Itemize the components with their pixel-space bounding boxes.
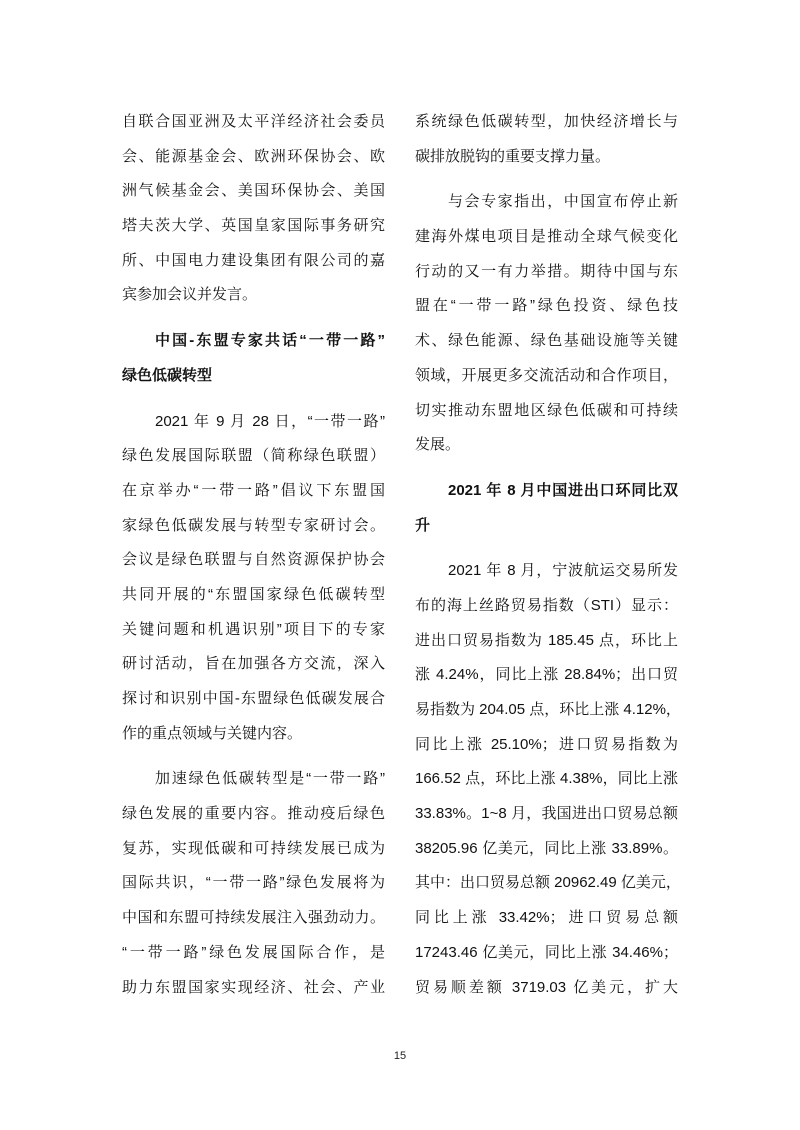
text-line: 易指数为 204.05 点，环比上涨 4.12%， (415, 693, 678, 728)
text-line: 建海外煤电项目是推动全球气候变化 (415, 220, 678, 255)
text-line: 17243.46 亿美元，同比上涨 34.46%； (415, 936, 678, 971)
text-line: “一带一路”绿色发展国际合作，是 (122, 936, 385, 971)
text-line: 其中：出口贸易总额 20962.49 亿美元， (415, 866, 678, 901)
paragraph: 与会专家指出，中国宣布停止新 建海外煤电项目是推动全球气候变化 行动的又一有力举… (415, 185, 678, 463)
text-line: 塔夫茨大学、英国皇家国际事务研究 (122, 209, 385, 244)
text-line: 系统绿色低碳转型，加快经济增长与 (415, 105, 678, 140)
heading-line: 2021 年 8 月中国进出口环同比双 (415, 474, 678, 509)
text-line: 碳排放脱钩的重要支撑力量。 (415, 140, 678, 175)
text-line: 关键问题和机遇识别”项目下的专家 (122, 613, 385, 648)
right-column: 系统绿色低碳转型，加快经济增长与 碳排放脱钩的重要支撑力量。 与会专家指出，中国… (415, 105, 678, 1005)
text-line: 助力东盟国家实现经济、社会、产业 (122, 971, 385, 1006)
text-line: 与会专家指出，中国宣布停止新 (415, 185, 678, 220)
heading-line: 绿色低碳转型 (122, 359, 385, 394)
text-line: 同比上涨 25.10%；进口贸易指数为 (415, 728, 678, 763)
paragraph: 加速绿色低碳转型是“一带一路” 绿色发展的重要内容。推动疫后绿色 复苏，实现低碳… (122, 762, 385, 1005)
text-line: 所、中国电力建设集团有限公司的嘉 (122, 244, 385, 279)
text-line: 加速绿色低碳转型是“一带一路” (122, 762, 385, 797)
text-line: 发展。 (415, 428, 678, 463)
text-line: 涨 4.24%，同比上涨 28.84%；出口贸 (415, 658, 678, 693)
text-line: 洲气候基金会、美国环保协会、美国 (122, 174, 385, 209)
text-line: 2021 年 9 月 28 日，“一带一路” (122, 405, 385, 440)
text-line: 研讨活动，旨在加强各方交流，深入 (122, 647, 385, 682)
text-line: 中国和东盟可持续发展注入强劲动力。 (122, 901, 385, 936)
text-line: 探讨和识别中国-东盟绿色低碳发展合 (122, 682, 385, 717)
text-line: 家绿色低碳发展与转型专家研讨会。 (122, 509, 385, 544)
text-line: 2021 年 8 月，宁波航运交易所发 (415, 554, 678, 589)
text-line: 绿色发展国际联盟（简称绿色联盟） (122, 439, 385, 474)
text-line: 布的海上丝路贸易指数（STI）显示： (415, 589, 678, 624)
heading-line: 升 (415, 509, 678, 544)
left-column: 自联合国亚洲及太平洋经济社会委员 会、能源基金会、欧洲环保协会、欧 洲气候基金会… (122, 105, 385, 1005)
text-line: 会、能源基金会、欧洲环保协会、欧 (122, 140, 385, 175)
text-line: 33.83%。1~8 月，我国进出口贸易总额 (415, 797, 678, 832)
text-line: 166.52 点，环比上涨 4.38%，同比上涨 (415, 762, 678, 797)
text-line: 行动的又一有力举措。期待中国与东 (415, 255, 678, 290)
text-line: 38205.96 亿美元，同比上涨 33.89%。 (415, 832, 678, 867)
section-heading: 2021 年 8 月中国进出口环同比双 升 (415, 474, 678, 543)
text-line: 宾参加会议并发言。 (122, 278, 385, 313)
paragraph: 2021 年 8 月，宁波航运交易所发 布的海上丝路贸易指数（STI）显示： 进… (415, 554, 678, 1005)
page-number: 15 (0, 1049, 800, 1063)
text-line: 同比上涨 33.42%；进口贸易总额 (415, 901, 678, 936)
text-line: 在京举办“一带一路”倡议下东盟国 (122, 474, 385, 509)
paragraph-continuation: 系统绿色低碳转型，加快经济增长与 碳排放脱钩的重要支撑力量。 (415, 105, 678, 174)
text-line: 术、绿色能源、绿色基础设施等关键 (415, 324, 678, 359)
text-line: 领域，开展更多交流活动和合作项目， (415, 359, 678, 394)
paragraph: 2021 年 9 月 28 日，“一带一路” 绿色发展国际联盟（简称绿色联盟） … (122, 405, 385, 752)
text-line: 国际共识，“一带一路”绿色发展将为 (122, 866, 385, 901)
heading-line: 中国-东盟专家共话“一带一路” (122, 324, 385, 359)
text-line: 作的重点领域与关键内容。 (122, 717, 385, 752)
text-line: 切实推动东盟地区绿色低碳和可持续 (415, 394, 678, 429)
text-line: 自联合国亚洲及太平洋经济社会委员 (122, 105, 385, 140)
section-heading: 中国-东盟专家共话“一带一路” 绿色低碳转型 (122, 324, 385, 393)
text-line: 进出口贸易指数为 185.45 点，环比上 (415, 624, 678, 659)
text-line: 复苏，实现低碳和可持续发展已成为 (122, 832, 385, 867)
text-line: 绿色发展的重要内容。推动疫后绿色 (122, 797, 385, 832)
text-line: 会议是绿色联盟与自然资源保护协会 (122, 543, 385, 578)
text-line: 贸易顺差额 3719.03 亿美元，扩大 (415, 971, 678, 1006)
paragraph-continuation: 自联合国亚洲及太平洋经济社会委员 会、能源基金会、欧洲环保协会、欧 洲气候基金会… (122, 105, 385, 313)
text-line: 盟在“一带一路”绿色投资、绿色技 (415, 289, 678, 324)
text-line: 共同开展的“东盟国家绿色低碳转型 (122, 578, 385, 613)
